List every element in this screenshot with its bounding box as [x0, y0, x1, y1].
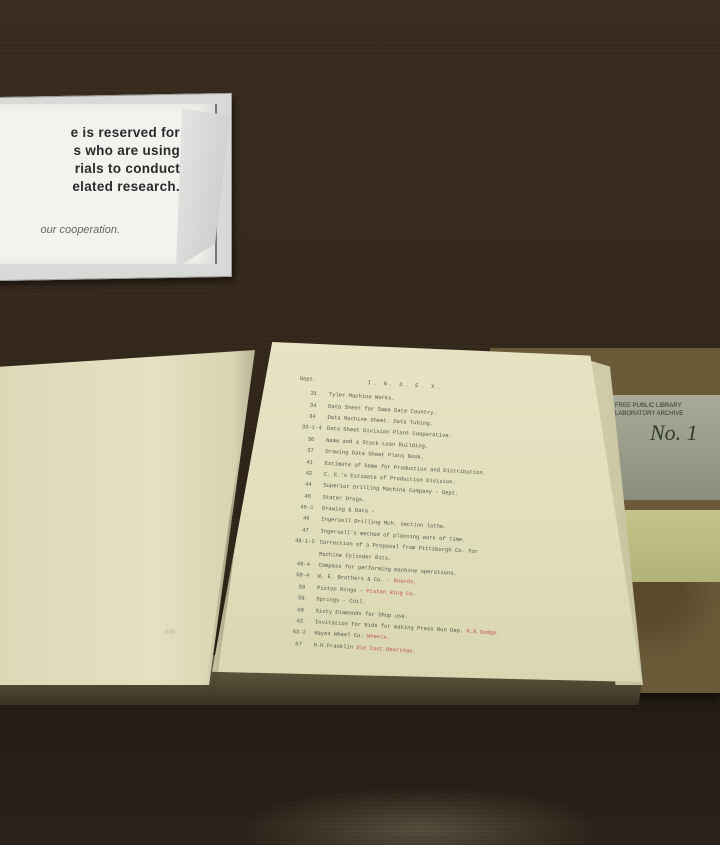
sign-thanks: our cooperation. [0, 224, 120, 236]
ledger-entry-red: Wheels. [367, 633, 390, 641]
ledger-rows: 31Tyler Machine Works. 34Data Sheet for … [283, 387, 588, 666]
volume-band [625, 510, 720, 582]
ledger-entry: Piston Rings - [317, 584, 364, 594]
ledger-entry: Stater Drugs. [322, 493, 365, 503]
ledger-number: 46 [291, 514, 321, 523]
ledger-number: 37 [295, 446, 325, 455]
ledger-number: 67 [283, 639, 313, 648]
ledger-number: 47 [290, 526, 320, 535]
volume-label-text: FREE PUBLIC LIBRARY LABORATORY ARCHIVE [615, 402, 683, 418]
ledger-number: 36 [296, 435, 326, 444]
ledger-number: 44 [293, 480, 323, 489]
ledger-entry: Springs - Coil. [316, 596, 366, 606]
ledger-number: 60 [285, 605, 315, 614]
ledger-number: 34 [298, 401, 328, 410]
ledger-entry: Hayes Wheel Co. [314, 630, 364, 640]
sign-text: e is reserved for s who are using rials … [0, 124, 180, 196]
ledger-entry-red: Die Cast Bearings. [356, 644, 416, 655]
sign-line: rials to conduct [0, 160, 180, 178]
ledger-number: 46 [292, 491, 322, 500]
sign-line: elated research. [0, 178, 180, 196]
ledger-number: 42 [294, 469, 324, 478]
ledger-entry: Drawing & Data - [322, 505, 375, 515]
sign-line: e is reserved for [0, 124, 180, 142]
ledger-entry-red: Boards. [393, 578, 416, 586]
ledger-number: 59 [286, 594, 316, 603]
ledger-entry: H.H.Franklin [313, 641, 353, 650]
ledger-number: 63-2 [284, 628, 314, 637]
ledger-number: 50-4 [288, 571, 318, 580]
ledger-entry-red: H.B.Dodge. [466, 628, 499, 637]
ledger-number: 48-1-2 [290, 537, 320, 546]
ledger-number: 33-1-4 [297, 423, 327, 432]
ledger-number: 58 [287, 582, 317, 591]
ledger-number: 41 [295, 457, 325, 466]
ledger-number: 48-4 [288, 560, 318, 569]
ledger-number [289, 552, 319, 554]
ledger-entry-red: Piston Ring Co. [366, 587, 416, 597]
ledger-index: Dept. I. N. D. E. X. 31Tyler Machine Wor… [283, 375, 589, 666]
ledger-number: 31 [299, 389, 329, 398]
left-page-number: 000 [165, 630, 175, 636]
ledger-number: 34 [297, 412, 327, 421]
sign-line: s who are using [0, 142, 180, 160]
ledger-number: 62 [285, 617, 315, 626]
volume-number: No. 1 [650, 420, 698, 446]
ledger-header-dept: Dept. [300, 375, 328, 384]
ledger-number: 46-1 [292, 503, 322, 512]
